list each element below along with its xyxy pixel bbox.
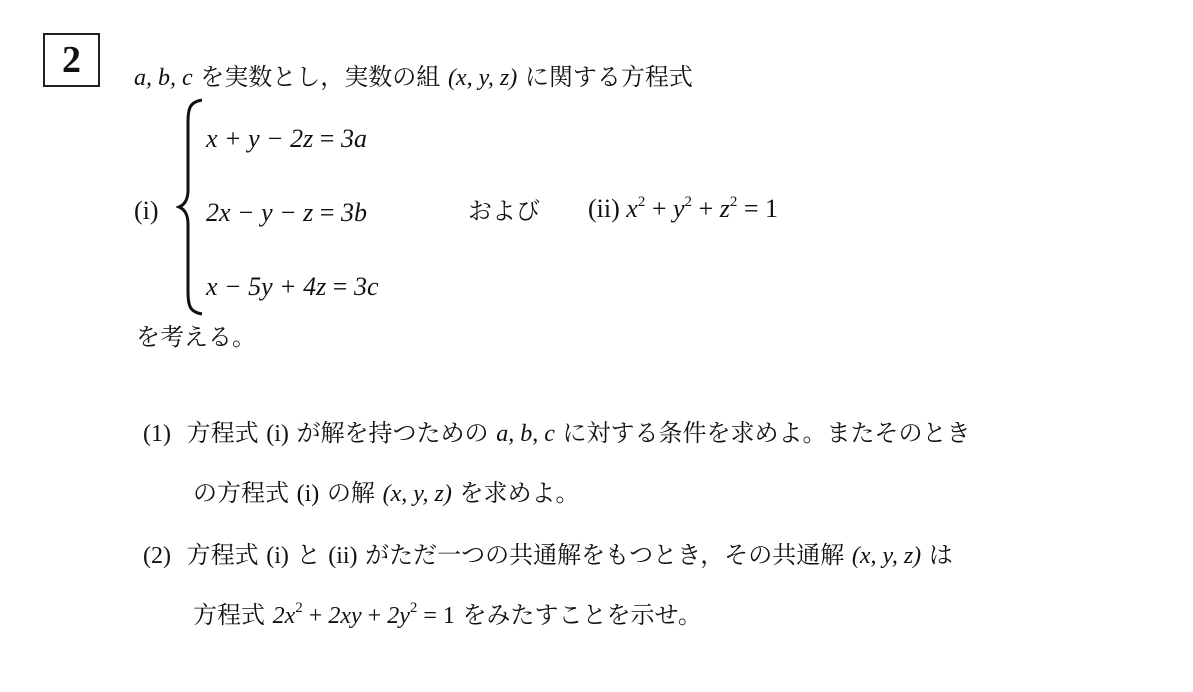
subquestion-1-line-1: (1) 方程式 (i) が解を持つための a, b, c に対する条件を求めよ。… xyxy=(143,418,971,449)
intro-text-2: に関する方程式 xyxy=(525,63,693,91)
intro-tuple: (x, y, z) xyxy=(448,65,517,91)
equation-i-2: 2x − y − z = 3b xyxy=(206,198,367,228)
subquestion-2-label: (2) xyxy=(143,543,171,569)
equation-ii: (ii) x2 + y2 + z2 = 1 xyxy=(588,194,778,224)
subquestion-2-line-2: 方程式 2x2 + 2xy + 2y2 = 1 をみたすことを示せ。 xyxy=(193,600,702,631)
conclusion-text: を考える。 xyxy=(136,322,256,352)
problem-number-box: 2 xyxy=(43,33,100,87)
intro-text-1: を実数とし，実数の組 xyxy=(200,63,440,91)
equation-i-3: x − 5y + 4z = 3c xyxy=(206,272,379,302)
equation-i-1: x + y − 2z = 3a xyxy=(206,124,367,154)
intro-line: a, b, c を実数とし，実数の組 (x, y, z) に関する方程式 xyxy=(134,62,693,93)
problem-number: 2 xyxy=(62,38,81,82)
subquestion-1-line-2: の方程式 (i) の解 (x, y, z) を求めよ。 xyxy=(193,478,580,509)
system-i-label: (i) xyxy=(134,196,159,226)
subquestion-2-line-1: (2) 方程式 (i) と (ii) がただ一つの共通解をもつとき，その共通解 … xyxy=(143,540,953,571)
left-brace-icon xyxy=(176,98,206,316)
connector-text: および xyxy=(468,196,540,226)
intro-vars: a, b, c xyxy=(134,65,193,91)
subquestion-1-label: (1) xyxy=(143,421,171,447)
equation-ii-label: (ii) xyxy=(588,194,620,223)
